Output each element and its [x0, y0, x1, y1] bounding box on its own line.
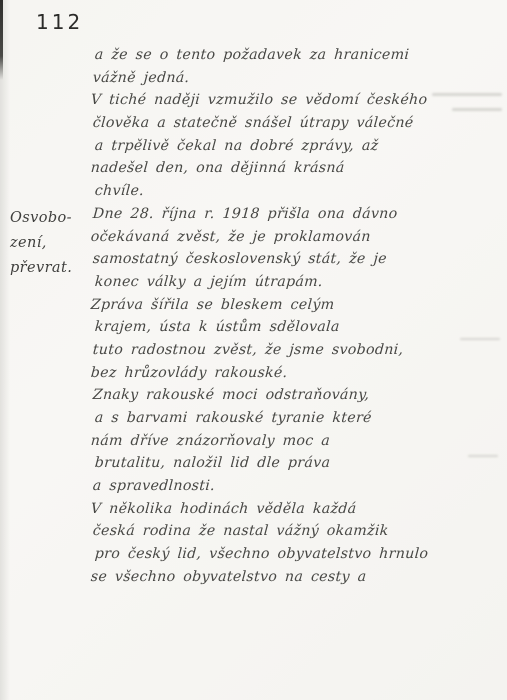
handwritten-line: Dne 28. října r. 1918 přišla ona dávno [92, 203, 498, 226]
handwritten-line: člověka a statečně snášel útrapy válečné [92, 112, 498, 135]
handwritten-line: brutalitu, naložil lid dle práva [94, 452, 498, 475]
handwritten-line: pro český lid, všechno obyvatelstvo hrnu… [94, 543, 498, 566]
handwritten-line: a spravedlnosti. [92, 475, 498, 498]
handwritten-text-block: a že se o tento požadavek za hranicemi v… [92, 44, 496, 589]
handwritten-line: česká rodina že nastal vážný okamžik [92, 520, 498, 543]
scan-edge-shadow [0, 0, 10, 700]
handwritten-line: očekávaná zvěst, že je proklamován [90, 226, 498, 249]
scan-edge-artifact [0, 0, 3, 80]
handwritten-line: vážně jedná. [92, 67, 498, 90]
handwritten-line: V několika hodinách věděla každá [90, 498, 498, 521]
handwritten-line: se všechno obyvatelstvo na cesty a [90, 566, 498, 589]
handwritten-line: a s barvami rakouské tyranie které [94, 407, 498, 430]
handwritten-line: a trpělivě čekal na dobré zprávy, až [94, 135, 498, 158]
handwritten-line: chvíle. [94, 180, 498, 203]
handwritten-line: a že se o tento požadavek za hranicemi [94, 44, 498, 67]
handwritten-line: krajem, ústa k ústům sdělovala [94, 316, 498, 339]
handwritten-line: bez hrůzovlády rakouské. [90, 362, 498, 385]
handwritten-line: Zpráva šířila se bleskem celým [90, 294, 498, 317]
margin-note-line: Osvobo- [10, 206, 90, 231]
margin-note-line: zení, [10, 231, 90, 256]
handwritten-line: V tiché naději vzmužilo se vědomí českéh… [90, 89, 498, 112]
handwritten-line: nadešel den, ona dějinná krásná [90, 157, 498, 180]
margin-note: Osvobo- zení, převrat. [10, 206, 90, 281]
scanned-manuscript-page: 112 Osvobo- zení, převrat. a že se o ten… [0, 0, 507, 700]
handwritten-line: tuto radostnou zvěst, že jsme svobodni, [92, 339, 498, 362]
handwritten-line: konec války a jejím útrapám. [94, 271, 498, 294]
handwritten-line: Znaky rakouské moci odstraňovány, [92, 384, 498, 407]
margin-note-line: převrat. [10, 256, 90, 281]
page-number: 112 [36, 10, 83, 34]
handwritten-line: samostatný československý stát, že je [92, 248, 498, 271]
handwritten-line: nám dříve znázorňovaly moc a [90, 430, 498, 453]
